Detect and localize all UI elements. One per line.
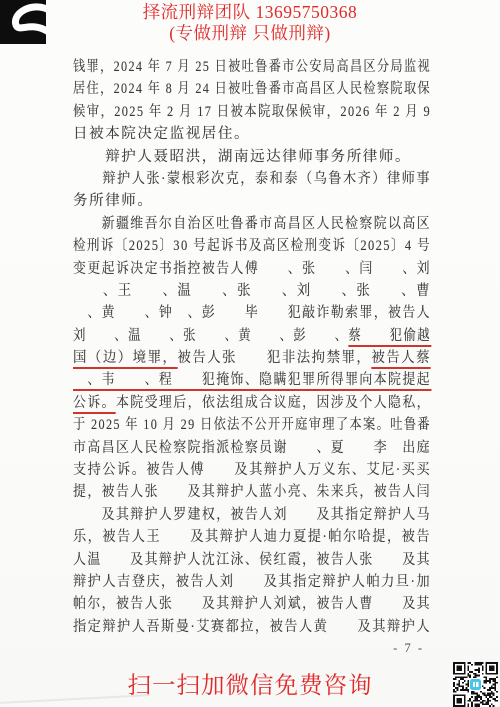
body-text-segment: 新疆维吾尔自治区吐鲁番市高昌区人民检察院以高区 — [73, 216, 431, 232]
document-line: 帕尔，被告人张 及其辩护人刘斌，被告人曹 及其 — [73, 593, 433, 615]
body-text-segment: 检刑诉〔2025〕30 号起诉书及高区检刑变诉〔2025〕4 号 — [73, 238, 431, 254]
body-text-segment: 、王 、温 、张 、刘 、张 、曹 — [73, 283, 431, 299]
legal-team-phone-text: 择流刑辩团队 13695750368 — [0, 2, 500, 23]
document-line: 于 2025 年 10 月 29 日依法不公开开庭审理了本案。吐鲁番 — [73, 414, 433, 436]
document-line: 辩护人聂昭洪，湖南远达律师事务所律师。 — [73, 146, 433, 168]
document-line: 辩护人张·蒙根彩次克，泰和泰（乌鲁木齐）律师事 — [73, 168, 433, 190]
document-line: 候审，2025 年 2 月 17 日被本院取保候审，2026 年 2 月 9 — [73, 101, 433, 123]
body-text-segment: 候审，2025 年 2 月 17 日被本院取保候审，2026 年 2 月 9 — [73, 104, 431, 120]
body-text-segment: 提，被告人张 及其辩护人蓝小亮、朱来兵，被告人闫 — [73, 484, 431, 500]
body-text-segment: 变更起诉决定书指控被告人傅 、张 、闫 、刘 — [73, 261, 431, 277]
wechat-promo-text: 扫一扫加微信免费咨询 — [0, 666, 500, 700]
document-line: 变更起诉决定书指控被告人傅 、张 、闫 、刘 — [73, 258, 433, 280]
red-underline-annotation: 、韦 、程 犯掩饰、隐瞒犯罪所得罪向本院提起 — [73, 372, 431, 391]
document-line: 、韦 、程 犯掩饰、隐瞒犯罪所得罪向本院提起 — [73, 369, 433, 391]
document-line: 钱罪，2024 年 7 月 25 日被吐鲁番市公安局高昌区分局监视 — [73, 56, 433, 78]
document-line: 指定辩护人吾斯曼·艾赛都拉，被告人黄 及其辩护人 — [73, 616, 433, 638]
body-text-segment: 支持公诉。被告人傅 及其辩护人万义东、艾尼·买买 — [73, 462, 431, 478]
body-text-segment: 及其辩护人罗建权，被告人刘 及其指定辩护人马 — [73, 507, 431, 523]
document-line: 公诉。本院受理后，依法组成合议庭，因涉及个人隐私， — [73, 392, 433, 414]
document-line: 及其辩护人罗建权，被告人刘 及其指定辩护人马 — [73, 504, 433, 526]
qr-code-image — [453, 662, 498, 707]
body-text-segment: 乐，被告人王 及其辩护人迪力夏提·帕尔哈提，被告 — [73, 529, 431, 545]
body-text-segment: 日被本院决定监视居住。 — [73, 126, 250, 142]
red-annotation-header: 择流刑辩团队 13695750368 (专做刑辩 只做刑辩) — [0, 2, 500, 44]
document-line: 检刑诉〔2025〕30 号起诉书及高区检刑变诉〔2025〕4 号 — [73, 235, 433, 257]
document-line: 刘 、温 、张 、黄 、彭 、蔡 犯偷越 — [73, 325, 433, 347]
document-line: 国（边）境罪，被告人张 犯非法拘禁罪，被告人蔡 — [73, 347, 433, 369]
document-line: 、王 、温 、张 、刘 、张 、曹 — [73, 280, 433, 302]
body-text-segment: 市高昌区人民检察院指派检察员谢 、夏 李 出庭 — [73, 440, 431, 456]
body-text-segment: 辩护人聂昭洪，湖南远达律师事务所律师。 — [73, 149, 411, 165]
red-underline-annotation: 蔡 犯偷越 — [348, 328, 431, 347]
document-line: 支持公诉。被告人傅 及其辩护人万义东、艾尼·买买 — [73, 459, 433, 481]
document-line: 务所律师。 — [73, 190, 433, 212]
document-line: 居住，2024 年 8 月 24 日被吐鲁番市高昌区人民检察院取保 — [73, 78, 433, 100]
document-line: 市高昌区人民检察院指派检察员谢 、夏 李 出庭 — [73, 437, 433, 459]
body-text-segment: 钱罪，2024 年 7 月 25 日被吐鲁番市公安局高昌区分局监视 — [73, 59, 431, 75]
body-text-segment: 务所律师。 — [73, 193, 154, 209]
red-underline-annotation: 公诉。 — [73, 395, 116, 414]
wechat-qr-code — [453, 662, 498, 707]
body-text-segment: 于 2025 年 10 月 29 日依法不公开开庭审理了本案。吐鲁番 — [73, 417, 431, 433]
body-text-segment: 居住，2024 年 8 月 24 日被吐鲁番市高昌区人民检察院取保 — [73, 81, 431, 97]
red-underline-annotation: 被告人蔡 — [371, 350, 431, 369]
body-text-segment: 被告人张 犯非法拘禁罪， — [177, 350, 371, 366]
red-underline-annotation: 国（边）境罪， — [73, 350, 177, 369]
scanned-court-document-page: 择流刑辩团队 13695750368 (专做刑辩 只做刑辩) 钱罪，2024 年… — [0, 0, 500, 707]
document-body: 钱罪，2024 年 7 月 25 日被吐鲁番市公安局高昌区分局监视居住，2024… — [73, 56, 433, 638]
body-text-segment: 帕尔，被告人张 及其辩护人刘斌，被告人曹 及其 — [73, 596, 431, 612]
body-text-segment: 指定辩护人吾斯曼·艾赛都拉，被告人黄 及其辩护人 — [73, 619, 431, 635]
document-line: 乐，被告人王 及其辩护人迪力夏提·帕尔哈提，被告 — [73, 526, 433, 548]
document-line: 提，被告人张 及其辩护人蓝小亮、朱来兵，被告人闫 — [73, 481, 433, 503]
body-text-segment: 本院受理后，依法组成合议庭，因涉及个人隐私， — [116, 395, 431, 411]
legal-team-slogan-text: (专做刑辩 只做刑辩) — [0, 23, 500, 44]
document-line: 新疆维吾尔自治区吐鲁番市高昌区人民检察院以高区 — [73, 213, 433, 235]
body-text-segment: 人温 及其辩护人沈江泳、侯红霞，被告人张 及其 — [73, 552, 431, 568]
document-line: 日被本院决定监视居住。 — [73, 123, 433, 145]
document-line: 人温 及其辩护人沈江泳、侯红霞，被告人张 及其 — [73, 549, 433, 571]
body-text-segment: 、黄 、钟 、彭 毕 犯敲诈勒索罪，被告人 — [73, 305, 431, 321]
document-line: 辩护人吉登庆，被告人刘 及其指定辩护人帕力旦·加 — [73, 571, 433, 593]
body-text-segment: 辩护人吉登庆，被告人刘 及其指定辩护人帕力旦·加 — [73, 574, 431, 590]
body-text-segment: 刘 、温 、张 、黄 、彭 、 — [73, 328, 348, 344]
body-text-segment: 辩护人张·蒙根彩次克，泰和泰（乌鲁木齐）律师事 — [73, 171, 431, 187]
page-number: - 7 - — [393, 641, 424, 656]
document-line: 、黄 、钟 、彭 毕 犯敲诈勒索罪，被告人 — [73, 302, 433, 324]
